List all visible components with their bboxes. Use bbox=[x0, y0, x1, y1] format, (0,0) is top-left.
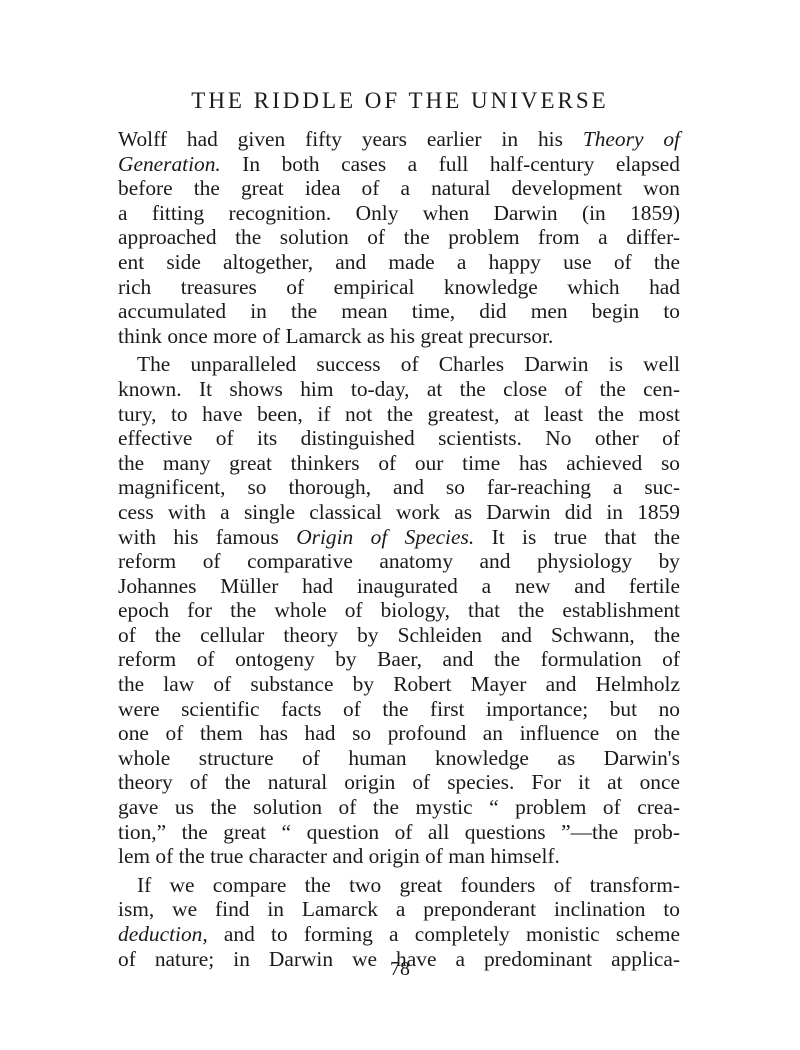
italic-title: Theory of bbox=[583, 127, 680, 151]
text-line: gave us the solution of the mystic “ pro… bbox=[118, 795, 680, 820]
text-line: known. It shows him to-day, at the close… bbox=[118, 377, 680, 402]
text-line: of the cellular theory by Schleiden and … bbox=[118, 623, 680, 648]
text-line: the many great thinkers of our time has … bbox=[118, 451, 680, 476]
text-line: epoch for the whole of biology, that the… bbox=[118, 598, 680, 623]
italic-title: Origin of Species. bbox=[296, 525, 474, 549]
text-run: and to forming a completely monistic sch… bbox=[208, 922, 680, 946]
text-line: The unparalleled success of Charles Darw… bbox=[118, 352, 680, 377]
text-line: a fitting recognition. Only when Darwin … bbox=[118, 201, 680, 226]
text-line: before the great idea of a natural devel… bbox=[118, 176, 680, 201]
paragraph: Wolff had given fifty years earlier in h… bbox=[118, 127, 680, 348]
text-line: whole structure of human knowledge as Da… bbox=[118, 746, 680, 771]
text-line: rich treasures of empirical knowledge wh… bbox=[118, 275, 680, 300]
text-line: tury, to have been, if not the greatest,… bbox=[118, 402, 680, 427]
text-line: lem of the true character and origin of … bbox=[118, 844, 680, 869]
text-line: one of them has had so profound an influ… bbox=[118, 721, 680, 746]
paragraph: The unparalleled success of Charles Darw… bbox=[118, 352, 680, 868]
italic-term: deduction, bbox=[118, 922, 208, 946]
text-line: Johannes Müller had inaugurated a new an… bbox=[118, 574, 680, 599]
text-line: the law of substance by Robert Mayer and… bbox=[118, 672, 680, 697]
text-line: tion,” the great “ question of all quest… bbox=[118, 820, 680, 845]
paragraph: If we compare the two great founders of … bbox=[118, 873, 680, 971]
text-line: ent side altogether, and made a happy us… bbox=[118, 250, 680, 275]
text-run: It is true that the bbox=[474, 525, 680, 549]
text-line: ism, we find in Lamarck a preponderant i… bbox=[118, 897, 680, 922]
text-line: theory of the natural origin of species.… bbox=[118, 770, 680, 795]
page-number: 78 bbox=[0, 958, 800, 981]
running-header: THE RIDDLE OF THE UNIVERSE bbox=[0, 88, 800, 114]
text-line: Wolff had given fifty years earlier in h… bbox=[118, 127, 680, 152]
text-line: cess with a single classical work as Dar… bbox=[118, 500, 680, 525]
text-line: deduction, and to forming a completely m… bbox=[118, 922, 680, 947]
page-body: Wolff had given fifty years earlier in h… bbox=[118, 127, 680, 971]
text-line: If we compare the two great founders of … bbox=[118, 873, 680, 898]
text-line: accumulated in the mean time, did men be… bbox=[118, 299, 680, 324]
text-line: effective of its distinguished scientist… bbox=[118, 426, 680, 451]
italic-title: Generation. bbox=[118, 152, 221, 176]
text-run: Wolff had given fifty years earlier in h… bbox=[118, 127, 583, 151]
text-line: with his famous Origin of Species. It is… bbox=[118, 525, 680, 550]
text-line: approached the solution of the problem f… bbox=[118, 225, 680, 250]
text-run: with his famous bbox=[118, 525, 296, 549]
text-line: think once more of Lamarck as his great … bbox=[118, 324, 680, 349]
text-line: reform of ontogeny by Baer, and the form… bbox=[118, 647, 680, 672]
text-line: reform of comparative anatomy and physio… bbox=[118, 549, 680, 574]
text-line: magnificent, so thorough, and so far-rea… bbox=[118, 475, 680, 500]
text-run: In both cases a full half-century elapse… bbox=[221, 152, 680, 176]
text-line: were scientific facts of the first impor… bbox=[118, 697, 680, 722]
text-line: Generation. In both cases a full half-ce… bbox=[118, 152, 680, 177]
